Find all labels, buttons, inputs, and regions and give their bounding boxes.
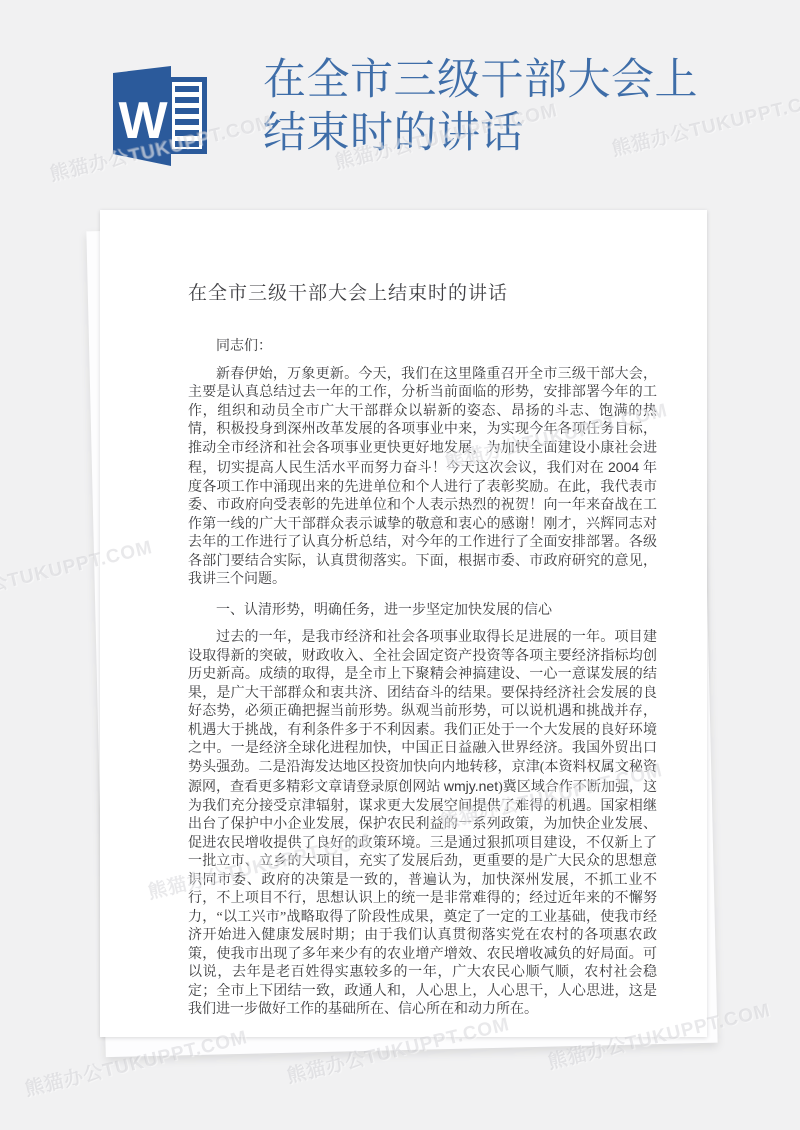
paragraph-body: 过去的一年，是我市经济和社会各项事业取得长足进展的一年。项目建设取得新的突破，财… (188, 629, 657, 1020)
text-run: 年度各项工作中涌现出来的先进单位和个人进行了表彰奖励。在此，我代表市委、市政府向… (188, 461, 657, 587)
paragraph-salutation: 同志们： (188, 338, 657, 357)
paragraph-heading: 一、认清形势，明确任务，进一步坚定加快发展的信心 (188, 602, 657, 621)
text-run: 一、认清形势，明确任务，进一步坚定加快发展的信心 (216, 603, 552, 618)
text-run: )冀区域合作不断加强，这为我们充分接受京津辐射，谋求更大发展空间提供了难得的机遇… (188, 780, 657, 1017)
word-icon: W (100, 62, 210, 168)
document-title: 在全市三级干部大会上结束时的讲话 (188, 278, 657, 305)
text-run: 新春伊始，万象更新。今天，我们在这里隆重召开全市三级干部大会，主要是认真总结过去… (188, 367, 657, 477)
document-page: 在全市三级干部大会上结束时的讲话 同志们：新春伊始，万象更新。今天，我们在这里隆… (100, 210, 707, 1037)
preview-canvas: 熊猫办公TUKUPPT.COM 熊猫办公TUKUPPT.COM 熊猫办公TUKU… (0, 0, 800, 1130)
document-body: 同志们：新春伊始，万象更新。今天，我们在这里隆重召开全市三级干部大会，主要是认真… (188, 338, 657, 1020)
page-title-line2: 结束时的讲话 (263, 107, 743, 160)
text-run: 同志们： (216, 339, 272, 354)
text-run-latin: wmjy.net (444, 778, 498, 794)
paragraph-body: 新春伊始，万象更新。今天，我们在这里隆重召开全市三级干部大会，主要是认真总结过去… (188, 366, 657, 590)
text-run-latin: 2004 (608, 459, 639, 475)
text-run: 过去的一年，是我市经济和社会各项事业取得长足进展的一年。项目建设取得新的突破，财… (188, 630, 657, 795)
word-icon-w-letter: W (118, 92, 168, 150)
page-title-line1: 在全市三级干部大会上 (263, 54, 743, 107)
page-title: 在全市三级干部大会上 结束时的讲话 (263, 54, 743, 160)
